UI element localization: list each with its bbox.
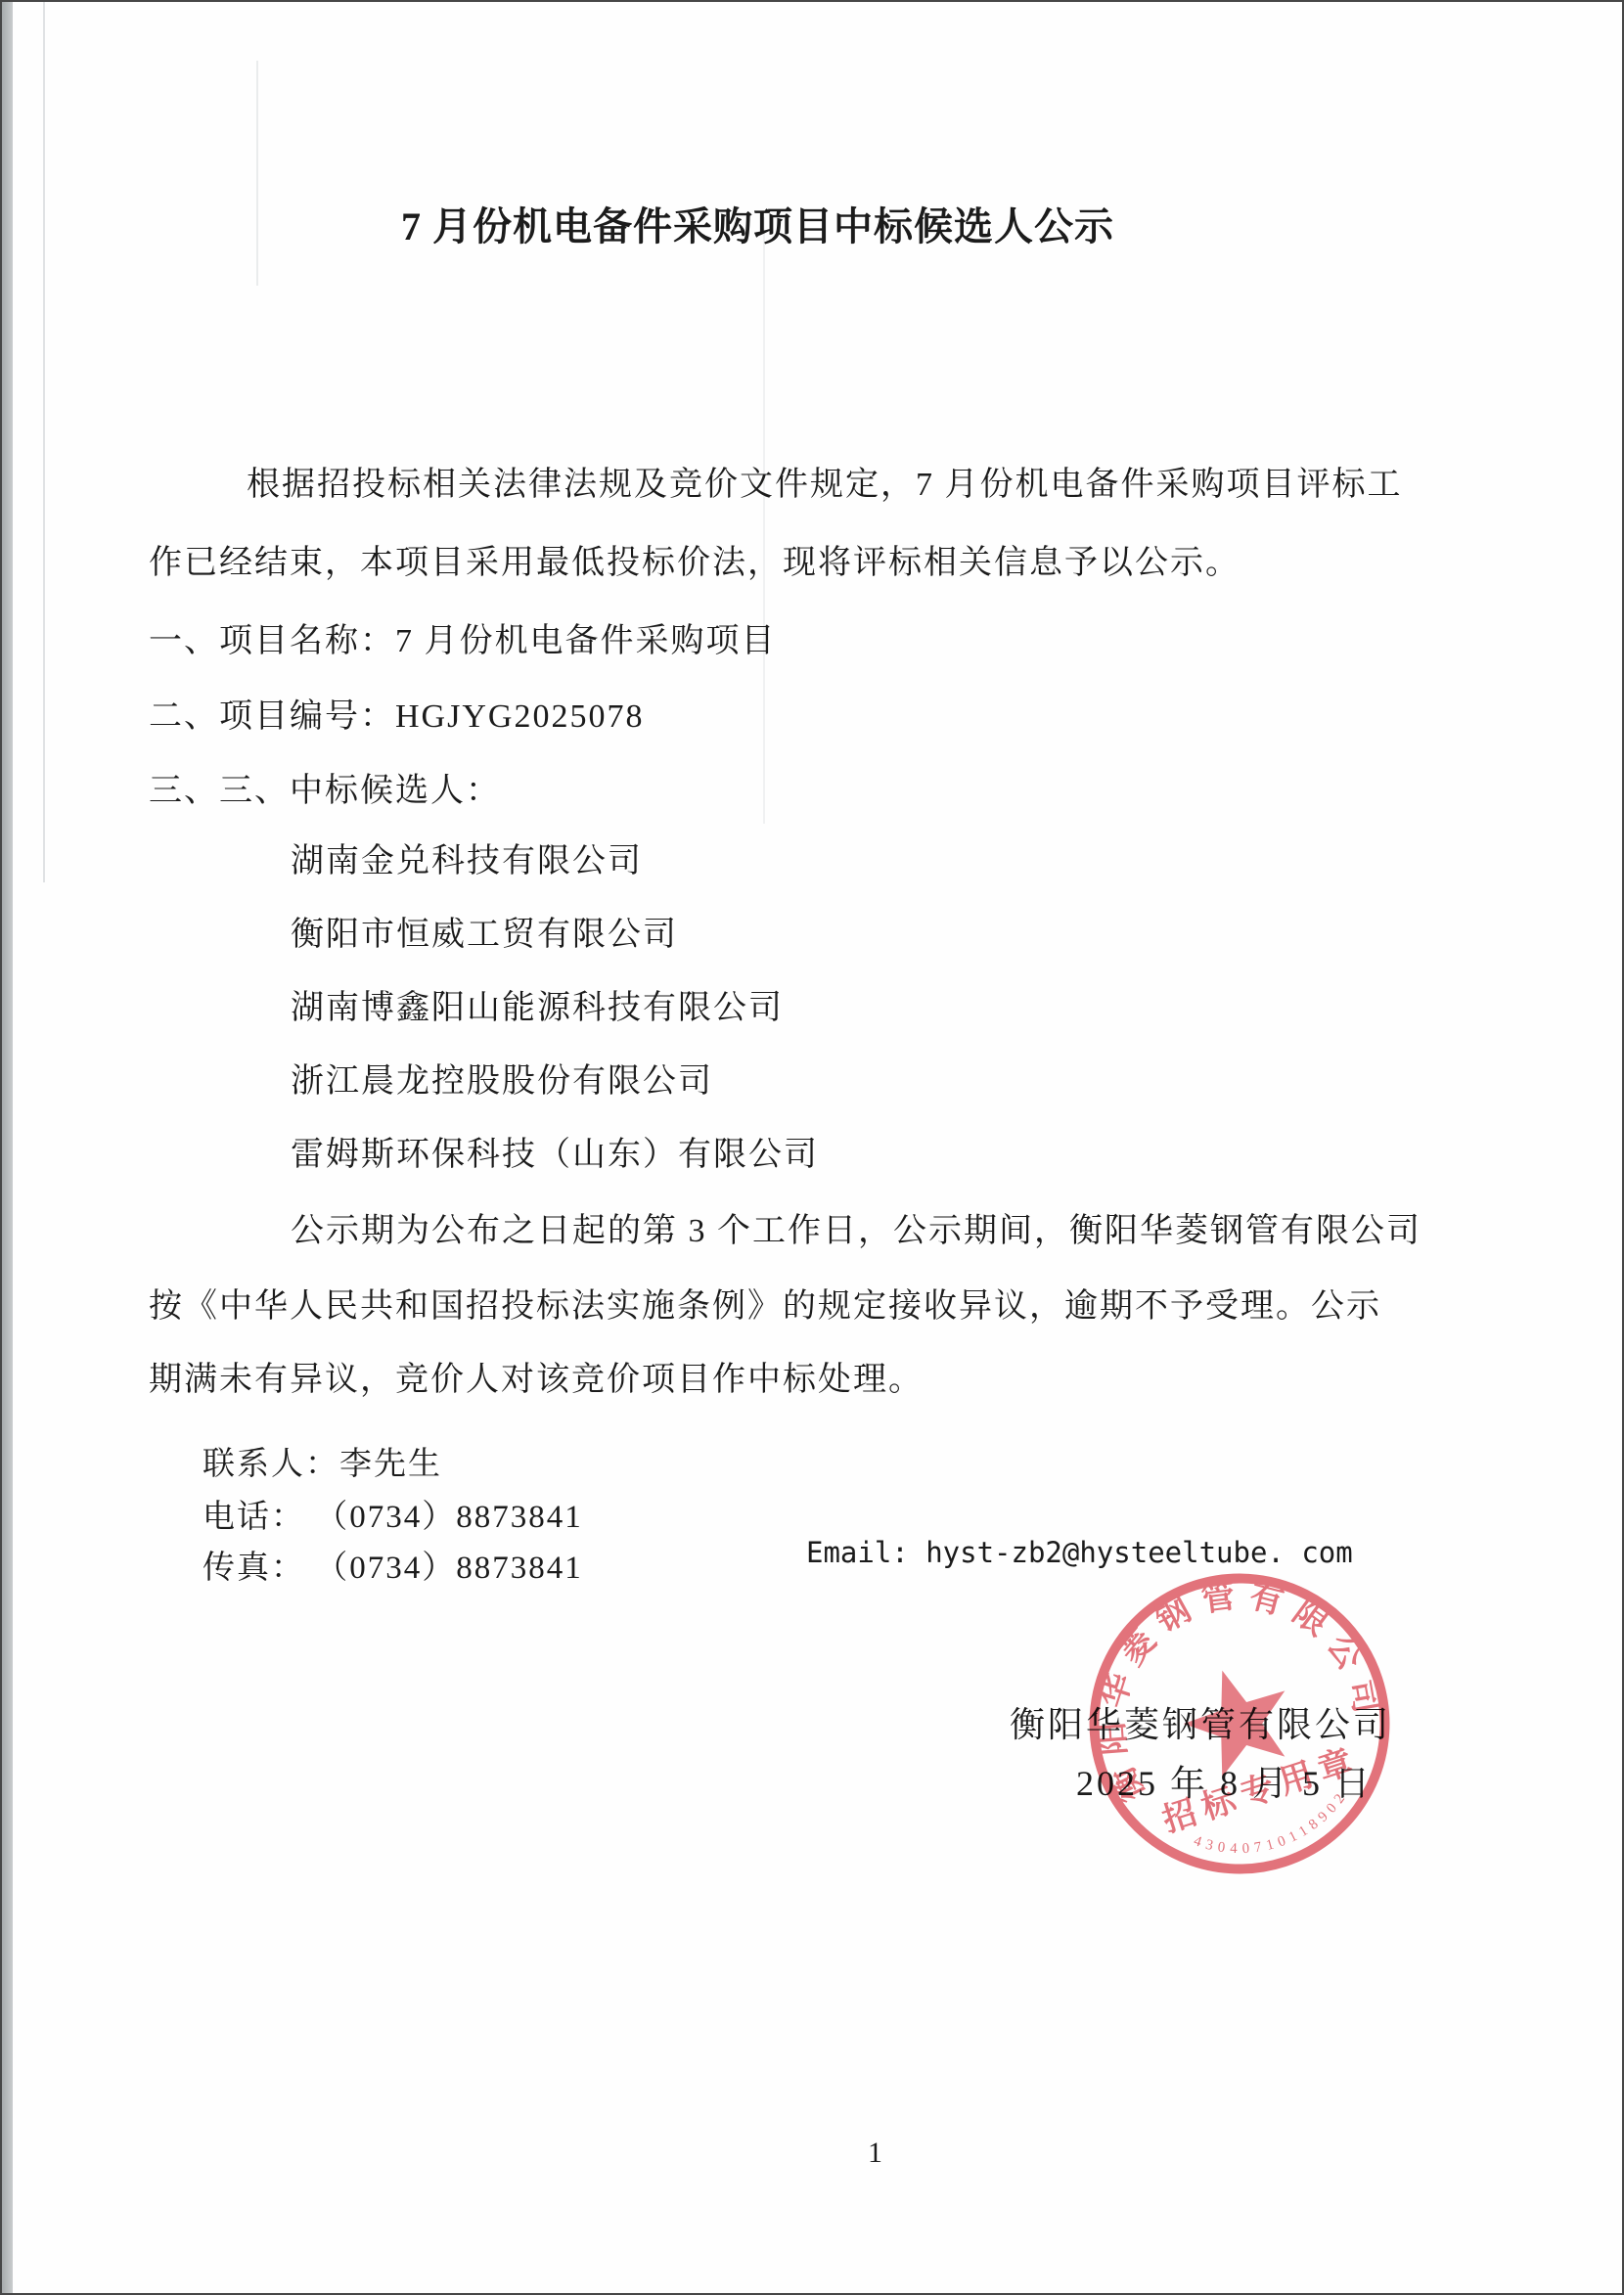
contact-fax: 传真： （0734）8873841	[203, 1542, 583, 1588]
stamp-label-text: 招标专用章	[1158, 1740, 1365, 1840]
contact-phone: 电话： （0734）8873841	[203, 1491, 583, 1537]
item-candidates-heading: 三、三、中标候选人：	[149, 763, 501, 811]
candidate-company: 浙江晨龙控股股份有限公司	[291, 1054, 713, 1102]
candidate-company: 雷姆斯环保科技（山东）有限公司	[291, 1127, 819, 1175]
page-number: 1	[868, 2137, 882, 2170]
item-project-name: 一、项目名称：7 月份机电备件采购项目	[149, 613, 777, 661]
scan-crease	[763, 217, 765, 824]
scan-edge-left	[2, 2, 13, 2293]
notice-line-1: 公示期为公布之日起的第 3 个工作日，公示期间，衡阳华菱钢管有限公司	[291, 1203, 1421, 1251]
candidate-company: 衡阳市恒威工贸有限公司	[291, 907, 678, 955]
company-seal-stamp: 衡阳华菱钢管有限公司 招标专用章 43040710118902	[1078, 1562, 1401, 1885]
item-project-number: 二、项目编号：HGJYG2025078	[149, 689, 644, 737]
notice-line-2: 按《中华人民共和国招投标法实施条例》的规定接收异议，逾期不予受理。公示	[149, 1279, 1381, 1327]
candidate-company: 湖南博鑫阳山能源科技有限公司	[291, 980, 784, 1028]
notice-line-3: 期满未有异议，竞价人对该竞价项目作中标处理。	[149, 1352, 924, 1400]
contact-person: 联系人：李先生	[203, 1438, 442, 1484]
intro-line-1: 根据招投标相关法律法规及竞价文件规定，7 月份机电备件采购项目评标工	[247, 457, 1403, 505]
document-page: 7 月份机电备件采购项目中标候选人公示 根据招投标相关法律法规及竞价文件规定，7…	[0, 0, 1624, 2295]
document-title: 7 月份机电备件采购项目中标候选人公示	[401, 196, 1114, 251]
candidate-company: 湖南金兑科技有限公司	[291, 833, 643, 881]
scan-crease	[256, 61, 258, 286]
scan-crease	[43, 2, 45, 882]
intro-line-2: 作已经结束，本项目采用最低投标价法，现将评标相关信息予以公示。	[149, 535, 1241, 583]
